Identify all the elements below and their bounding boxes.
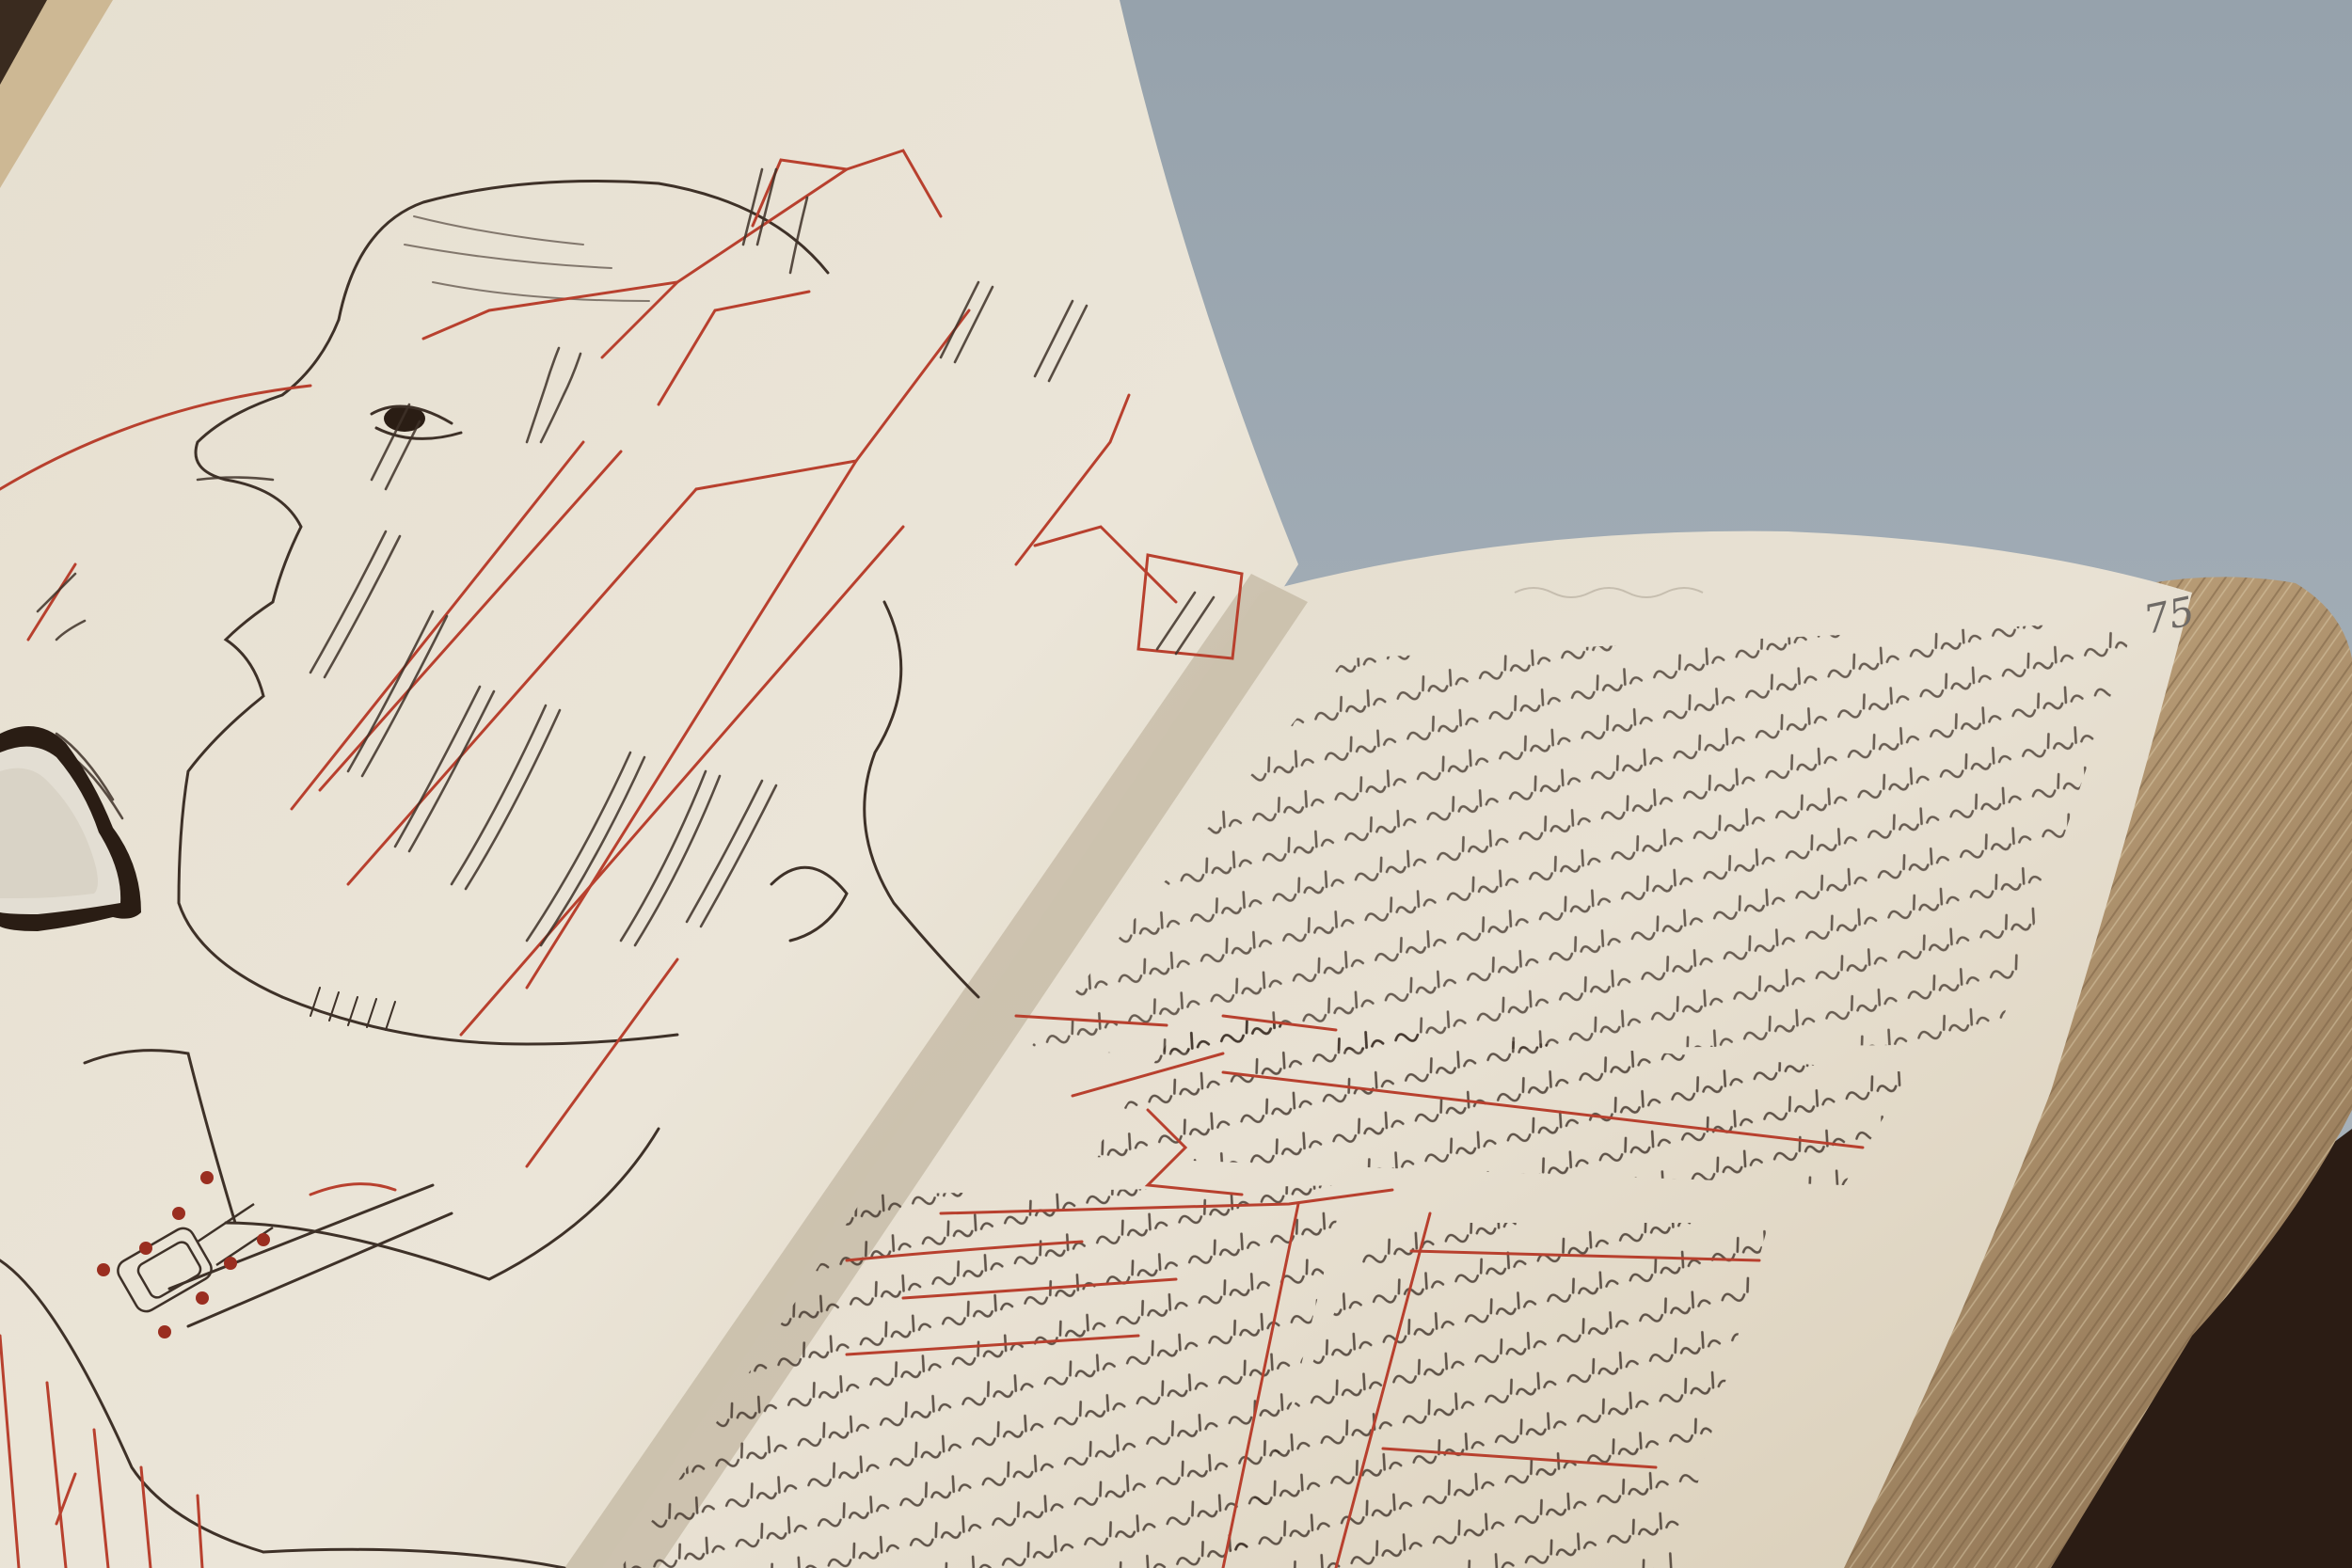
manuscript-photo: 75 <box>0 0 2352 1568</box>
